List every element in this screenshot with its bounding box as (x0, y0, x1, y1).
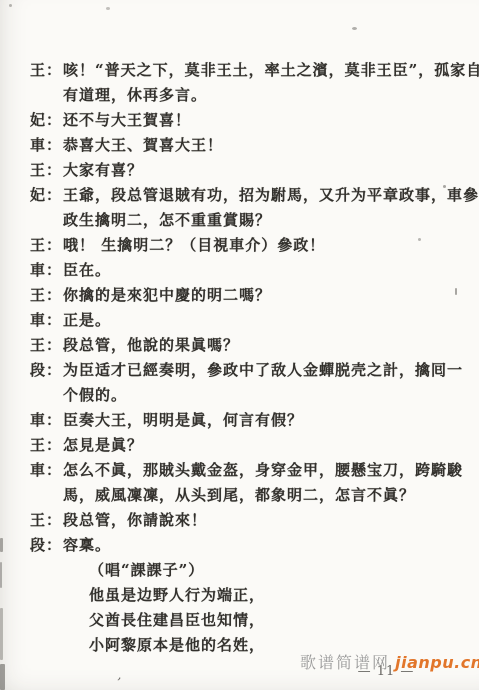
dialogue-line: 个假的。 (30, 383, 473, 408)
dialogue-line: 父酋長住建昌臣也知情， (30, 608, 473, 633)
dialogue-line: 王：段总管，你請說來！ (30, 508, 473, 533)
line-text: 段总管，他說的果眞嗎？ (63, 333, 239, 358)
scan-speck (455, 288, 457, 295)
binding-smudge (0, 664, 5, 690)
line-text: 怎見是眞？ (63, 433, 143, 458)
dialogue-line: 政生擒明二，怎不重重賞賜？ (30, 208, 473, 233)
line-text: 他虽是边野人行为端正， (89, 583, 265, 608)
dialogue: 王：咳！“普天之下，莫非王土，率土之濱，莫非王臣”，孤家自有道理，休再多言。妃：… (30, 58, 473, 658)
watermark-site-name: 歌谱简谱网 (300, 653, 390, 672)
dialogue-line: 車：恭喜大王、賀喜大王！ (30, 133, 473, 158)
line-text: 咳！“普天之下，莫非王土，率土之濱，莫非王臣”，孤家自 (63, 58, 479, 83)
speaker-label: 車： (30, 133, 63, 158)
line-text: 政生擒明二，怎不重重賞賜？ (63, 208, 271, 233)
line-text: 臣在。 (63, 258, 111, 283)
speaker-label: 王： (30, 58, 63, 83)
speaker-label: 王： (30, 233, 63, 258)
speaker-label (30, 83, 63, 108)
speaker-label: 妃： (30, 108, 63, 133)
stray-mark: , (116, 668, 123, 684)
dialogue-line: 王：大家有喜？ (30, 158, 473, 183)
speaker-label (30, 483, 63, 508)
watermark-site-url: jianpu.cn (395, 653, 479, 672)
dialogue-line: 王：咳！“普天之下，莫非王土，率土之濱，莫非王臣”，孤家自 (30, 58, 473, 83)
dialogue-line: 段：容稟。 (30, 533, 473, 558)
dialogue-line: 妃：王爺，段总管退賊有功，招为駙馬，又升为平章政事，車參 (30, 183, 473, 208)
speaker-label: 王： (30, 158, 63, 183)
line-text: 还不与大王賀喜！ (63, 108, 191, 133)
speaker-label: 車： (30, 458, 63, 483)
speaker-label (30, 583, 63, 608)
dialogue-line: 王：段总管，他說的果眞嗎？ (30, 333, 473, 358)
speaker-label (30, 558, 63, 583)
line-text: 王爺，段总管退賊有功，招为駙馬，又升为平章政事，車參 (63, 183, 479, 208)
speaker-label: 車： (30, 258, 63, 283)
scan-speck (106, 7, 110, 10)
line-text: 臣奏大王，明明是眞，何言有假？ (63, 408, 303, 433)
speaker-label: 段： (30, 358, 63, 383)
speaker-label (30, 383, 63, 408)
scanned-script-page: 王：咳！“普天之下，莫非王土，率土之濱，莫非王臣”，孤家自有道理，休再多言。妃：… (0, 0, 479, 690)
line-text: 小阿黎原本是他的名姓， (89, 633, 265, 658)
dialogue-line: 有道理，休再多言。 (30, 83, 473, 108)
scan-speck (352, 27, 357, 30)
line-text: （唱“課課子”） (89, 558, 204, 583)
speaker-label: 王： (30, 283, 63, 308)
dialogue-line: 車：怎么不眞，那賊头戴金盔，身穿金甲，腰懸宝刀，跨騎駿 (30, 458, 473, 483)
line-text: 恭喜大王、賀喜大王！ (63, 133, 223, 158)
binding-smudge (0, 538, 3, 552)
speaker-label: 王： (30, 433, 63, 458)
line-text: 怎么不眞，那賊头戴金盔，身穿金甲，腰懸宝刀，跨騎駿 (63, 458, 463, 483)
dialogue-line: 車：正是。 (30, 308, 473, 333)
line-text: 为臣适才已經奏明，參政中了敌人金蟬脱壳之計，擒囘一 (63, 358, 463, 383)
line-text: 大家有喜？ (63, 158, 143, 183)
line-text: 有道理，休再多言。 (63, 83, 207, 108)
speaker-label (30, 208, 63, 233)
dialogue-line: 王：哦！ 生擒明二？（目視車介）參政！ (30, 233, 473, 258)
dialogue-line: 他虽是边野人行为端正， (30, 583, 473, 608)
speaker-label: 車： (30, 308, 63, 333)
line-text: 你擒的是來犯中慶的明二嗎？ (63, 283, 271, 308)
scan-speck (9, 4, 12, 7)
speaker-label: 車： (30, 408, 63, 433)
line-text: 个假的。 (63, 383, 127, 408)
scan-speck (418, 238, 421, 241)
line-text: 父酋長住建昌臣也知情， (89, 608, 265, 633)
dialogue-line: （唱“課課子”） (30, 558, 473, 583)
line-text: 哦！ 生擒明二？（目視車介）參政！ (63, 233, 325, 258)
dialogue-line: 車：臣在。 (30, 258, 473, 283)
line-text: 容稟。 (63, 533, 111, 558)
speaker-label (30, 633, 63, 658)
binding-smudge (0, 608, 3, 660)
dialogue-line: 王：怎見是眞？ (30, 433, 473, 458)
dialogue-line: 王：你擒的是來犯中慶的明二嗎？ (30, 283, 473, 308)
line-text: 馬，威風凜凜，从头到尾，都象明二，怎言不眞？ (63, 483, 415, 508)
speaker-label: 段： (30, 533, 63, 558)
scan-speck (443, 185, 446, 188)
speaker-label: 王： (30, 333, 63, 358)
watermark: 歌谱简谱网 jianpu.cn (300, 650, 479, 673)
binding-smudge (0, 562, 2, 588)
speaker-label: 妃： (30, 183, 63, 208)
line-text: 段总管，你請說來！ (63, 508, 207, 533)
speaker-label: 王： (30, 508, 63, 533)
dialogue-line: 馬，威風凜凜，从头到尾，都象明二，怎言不眞？ (30, 483, 473, 508)
dialogue-line: 妃：还不与大王賀喜！ (30, 108, 473, 133)
dialogue-line: 車：臣奏大王，明明是眞，何言有假？ (30, 408, 473, 433)
dialogue-line: 段：为臣适才已經奏明，參政中了敌人金蟬脱壳之計，擒囘一 (30, 358, 473, 383)
speaker-label (30, 608, 63, 633)
line-text: 正是。 (63, 308, 111, 333)
